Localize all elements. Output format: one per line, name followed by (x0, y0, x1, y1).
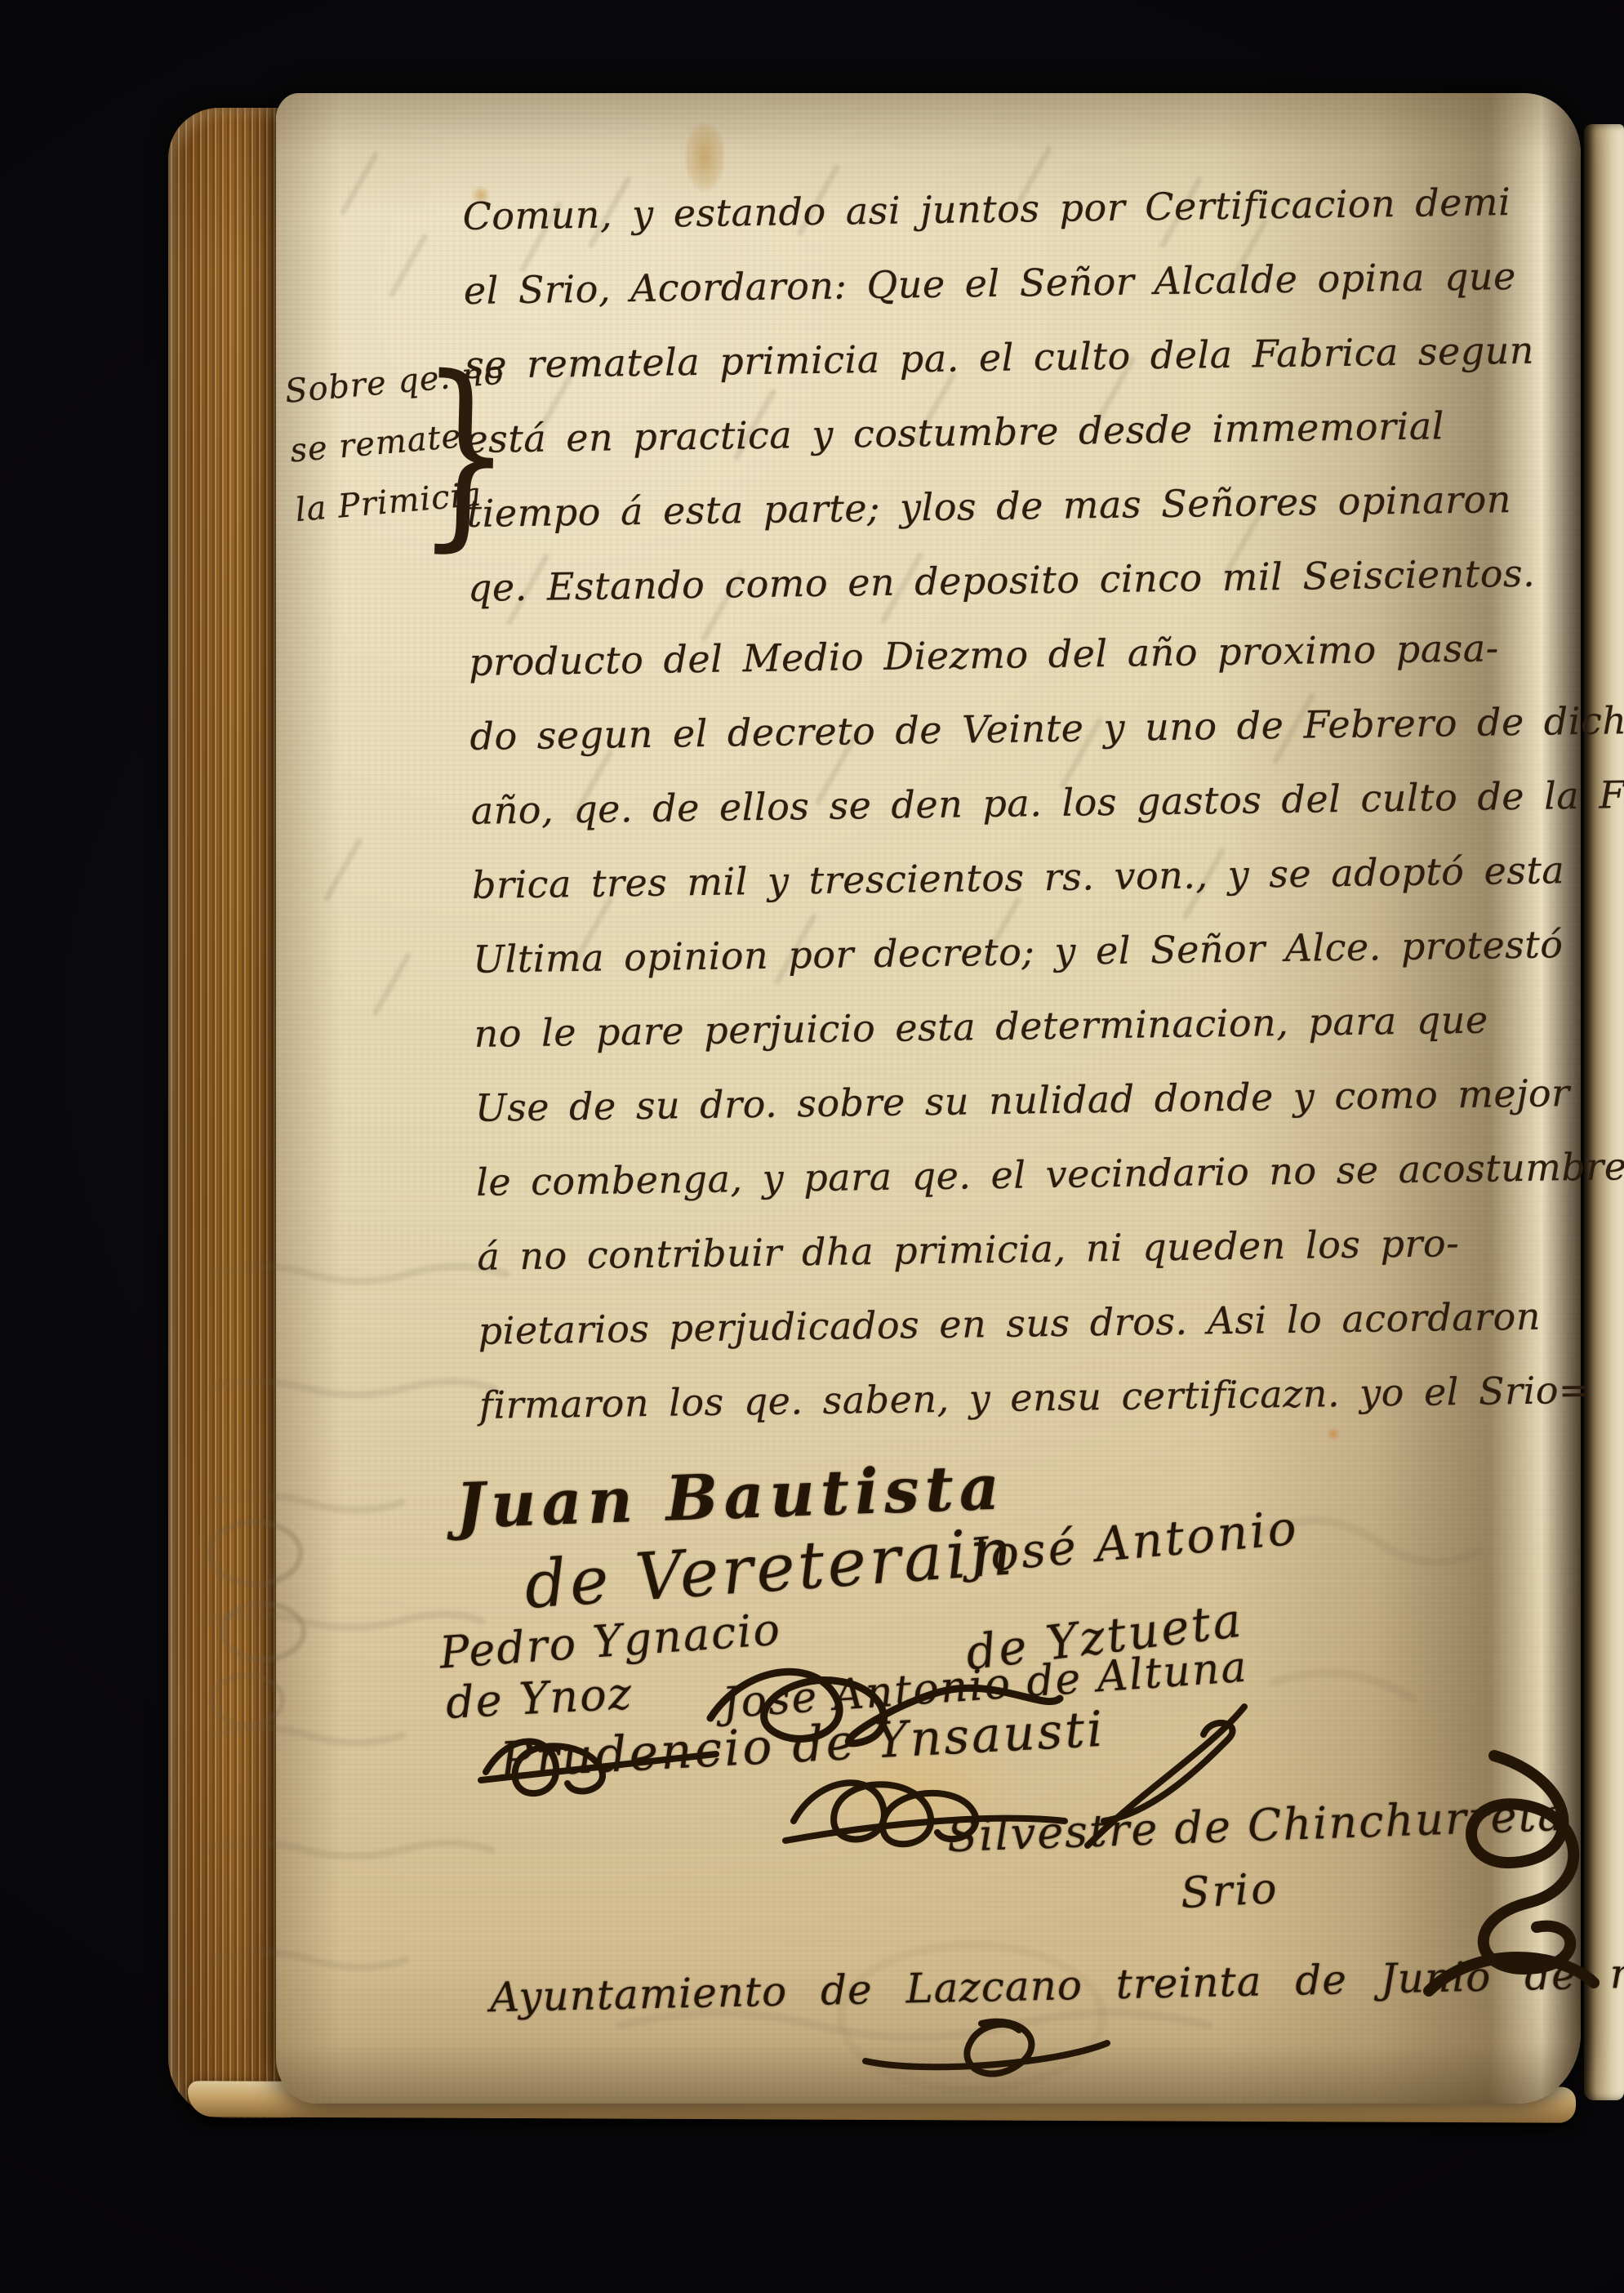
signature-pedro-ygnacio-line2: de Ynoz (445, 1667, 634, 1729)
main-text-block: Comun, y estando asi juntos por Certific… (462, 164, 1598, 1443)
text-line: firmaron los qe. saben, y ensu certifica… (478, 1353, 1598, 1443)
manuscript-photo: Sobre qe. no se remate la Primicia } Com… (0, 0, 1624, 2293)
book-page-edges (168, 108, 291, 2118)
signature-silvestre-title: Srio (1180, 1864, 1280, 1918)
